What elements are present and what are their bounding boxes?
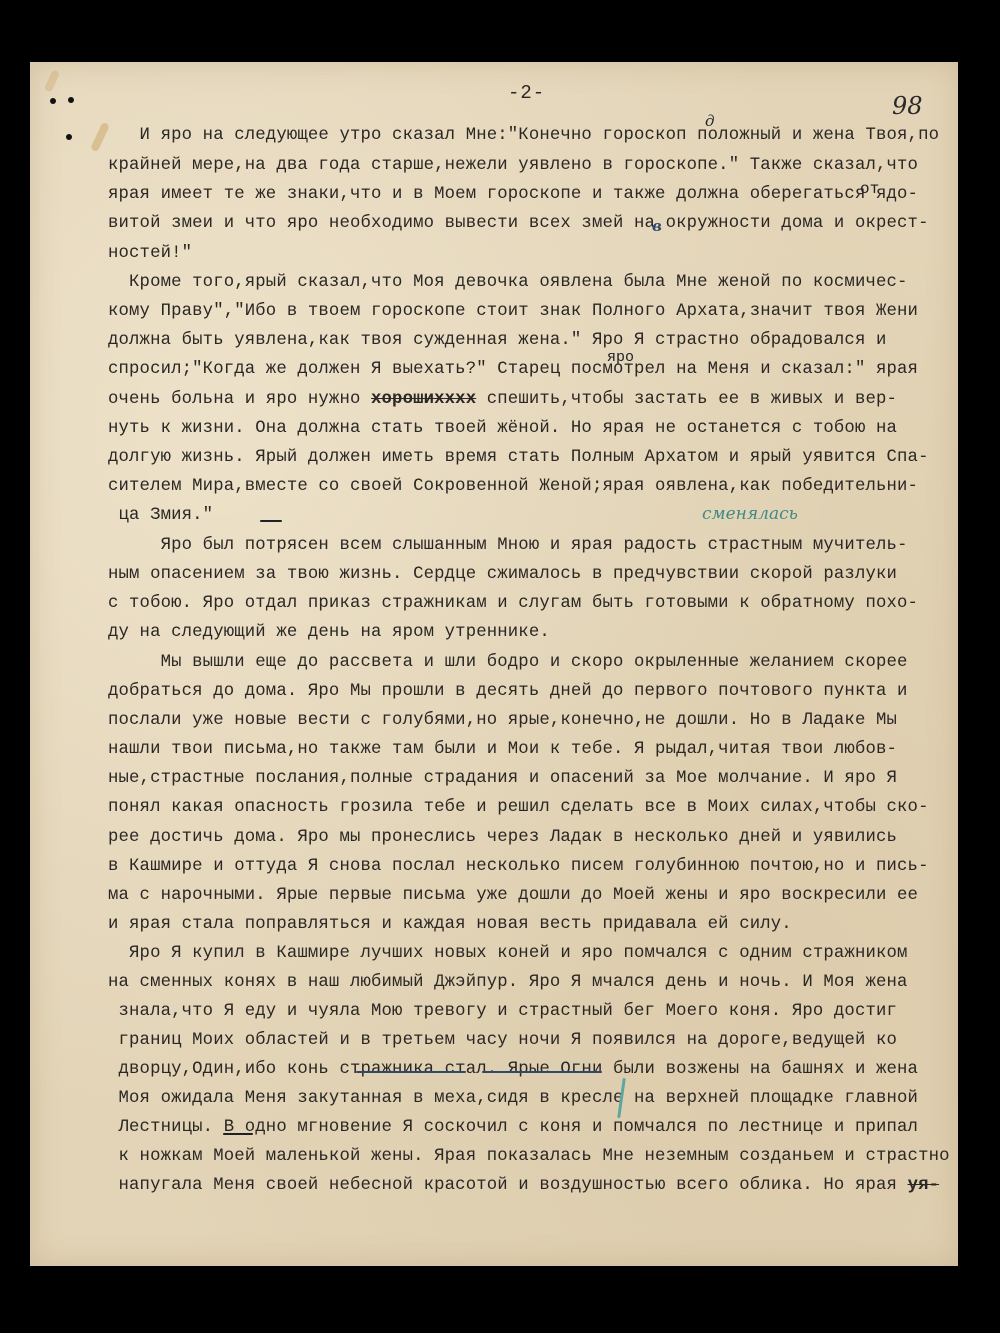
paper-stain <box>44 69 61 92</box>
document-page: -2- 98 И яро на следующее утро сказал Мн… <box>30 62 958 1266</box>
struck-word: хорошихххх <box>371 390 476 409</box>
text-line: рее достичь дома. Яро мы пронеслись чере… <box>108 827 897 849</box>
pen-underline <box>356 1071 466 1073</box>
struck-word: уя- <box>908 1176 940 1195</box>
text-line: очень больна и яро нужно хорошихххх спеш… <box>108 389 897 411</box>
text-line: добраться до дома. Яро Мы прошли в десят… <box>108 681 908 703</box>
text-line: Кроме того,ярый сказал,что Моя девочка о… <box>108 272 908 294</box>
pen-dash <box>260 520 282 522</box>
text-line: ярая имеет те же знаки,что и в Моем горо… <box>108 184 918 206</box>
paper-stain <box>90 122 110 153</box>
annotation-d: д <box>705 112 715 130</box>
pen-underline <box>223 1133 253 1135</box>
page-number: -2- <box>508 82 545 104</box>
punch-hole <box>66 134 72 140</box>
annotation-ot: от <box>860 180 879 198</box>
text-line: Лестницы. В одно мгновение Я соскочил с … <box>108 1117 918 1139</box>
text-line: и ярая стала поправляться и каждая новая… <box>108 914 792 936</box>
text-line: на сменных конях в наш любимый Джэйпур. … <box>108 972 908 994</box>
text-line: сителем Мира,вместе со своей Сокровенной… <box>108 476 918 498</box>
text-line: долгую жизнь. Ярый должен иметь время ст… <box>108 447 929 469</box>
text-line: Яро Я купил в Кашмире лучших новых коней… <box>108 943 908 965</box>
text-line: нуть к жизни. Она должна стать твоей жён… <box>108 418 897 440</box>
text-line: И яро на следующее утро сказал Мне:"Коне… <box>108 125 939 147</box>
text-line: ностей!" <box>108 243 192 265</box>
text-line: знала,что Я еду и чуяла Мою тревогу и ст… <box>108 1001 897 1023</box>
text-line: нашли твои письма,но также там были и Мо… <box>108 739 897 761</box>
text-line: спросил;"Когда же должен Я выехать?" Ста… <box>108 359 918 381</box>
text-line: понял какая опасность грозила тебе и реш… <box>108 797 929 819</box>
text-line: Яро был потрясен всем слышанным Мною и я… <box>108 535 908 557</box>
text-line: ца Змия." <box>108 505 213 527</box>
annotation-yaro: яро <box>607 349 634 366</box>
text-line: Моя ожидала Меня закутанная в меха,сидя … <box>108 1088 918 1110</box>
text-line: границ Моих областей и в третьем часу но… <box>108 1030 897 1052</box>
annotation-smenyalas: сменялась <box>702 504 798 524</box>
text-line: крайней мере,на два года старше,нежели у… <box>108 155 918 177</box>
text-line: дворцу,Один,ибо конь стражника стал. Яры… <box>108 1059 918 1081</box>
text-line: Мы вышли еще до рассвета и шли бодро и с… <box>108 652 908 674</box>
text-line: кому Праву","Ибо в твоем гороскопе стоит… <box>108 301 918 323</box>
text-line: ные,страстные послания,полные страдания … <box>108 768 897 790</box>
text-line: к ножкам Моей маленькой жены. Ярая показ… <box>108 1146 950 1168</box>
archive-folio-number: 98 <box>892 92 923 120</box>
text-line: ма с нарочными. Ярые первые письма уже д… <box>108 885 918 907</box>
text-line: в Кашмире и оттуда Я снова послал нескол… <box>108 856 929 878</box>
text-line: должна быть уявлена,как твоя сужденная ж… <box>108 330 887 352</box>
text-line: ду на следующий же день на яром утренник… <box>108 622 550 644</box>
punch-hole <box>50 98 56 104</box>
text-line: послали уже новые вести с голубями,но яр… <box>108 710 897 732</box>
text-line: напугала Меня своей небесной красотой и … <box>108 1175 939 1197</box>
punch-hole <box>68 97 74 103</box>
text-line: ным опасением за твою жизнь. Сердце сжим… <box>108 564 897 586</box>
text-line: с тобою. Яро отдал приказ стражникам и с… <box>108 593 918 615</box>
pen-underline <box>482 1071 602 1073</box>
text-line: витой змеи и что яро необходимо вывести … <box>108 213 929 235</box>
annotation-v: в <box>652 217 662 235</box>
